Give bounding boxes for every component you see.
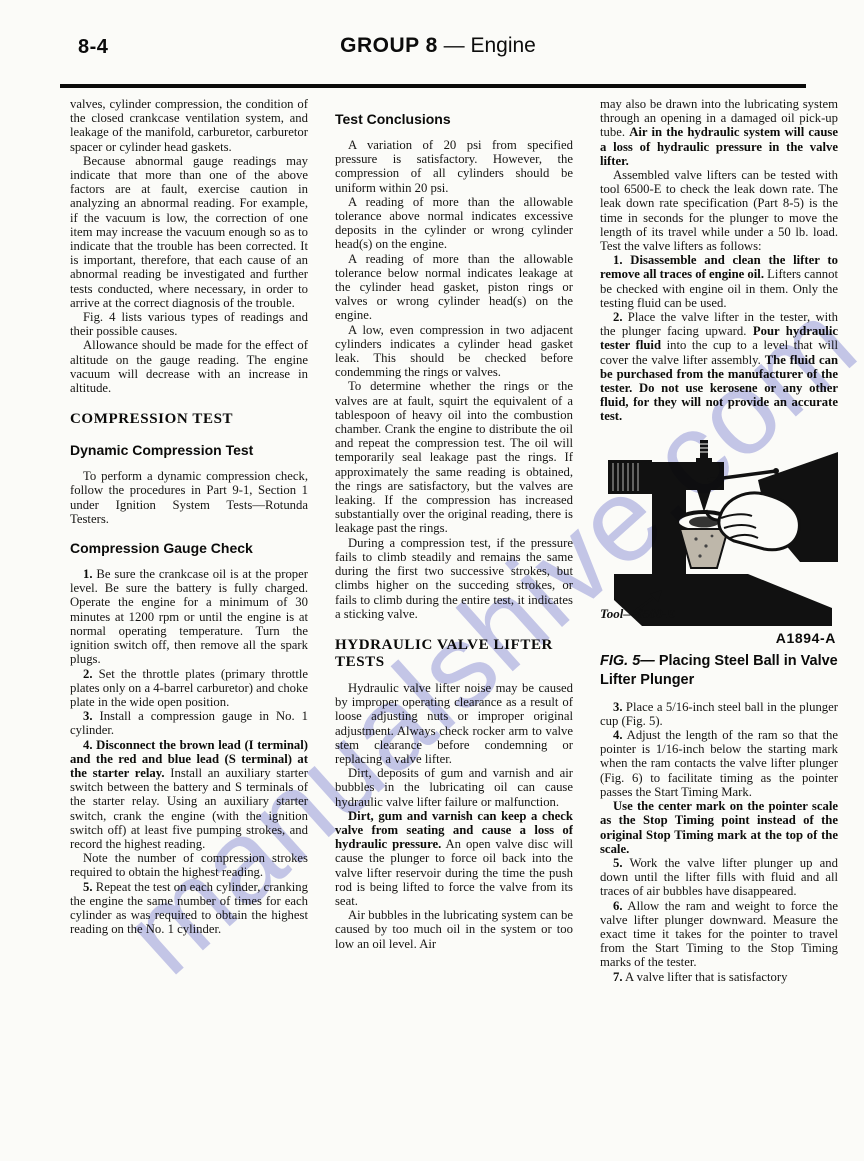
column-2: Test ConclusionsA variation of 20 psi fr… xyxy=(335,97,573,1153)
paragraph: Because abnormal gauge readings may indi… xyxy=(70,154,308,310)
paragraph: 2. Place the valve lifter in the tester,… xyxy=(600,310,838,424)
paragraph: Use the center mark on the pointer scale… xyxy=(600,799,838,856)
figure-5: Tool—6500-E A1894-A xyxy=(600,436,838,646)
paragraph: 5. Work the valve lifter plunger up and … xyxy=(600,856,838,899)
subsection-heading: Compression Gauge Check xyxy=(70,540,308,557)
paragraph: 7. A valve lifter that is satisfactory xyxy=(600,970,838,984)
section-heading: HYDRAULIC VALVE LIFTER TESTS xyxy=(335,637,573,671)
header-divider xyxy=(60,84,806,88)
column-3: may also be drawn into the lubricating s… xyxy=(600,97,838,1153)
page-title: GROUP 8 — Engine xyxy=(70,34,806,58)
tool-label: Tool—6500-E xyxy=(600,606,675,622)
paragraph: 2. Set the throttle plates (primary thro… xyxy=(70,667,308,710)
page-header: 8-4 GROUP 8 — Engine xyxy=(70,30,806,70)
paragraph: To perform a dynamic compression check, … xyxy=(70,469,308,526)
column-1: valves, cylinder compression, the condit… xyxy=(70,97,308,1153)
column-3-top: may also be drawn into the lubricating s… xyxy=(600,97,838,424)
paragraph: Note the number of compression strokes r… xyxy=(70,851,308,879)
paragraph: A low, even compression in two adjacent … xyxy=(335,323,573,380)
paragraph: 3. Place a 5/16-inch steel ball in the p… xyxy=(600,700,838,728)
paragraph: Air bubbles in the lubricating system ca… xyxy=(335,908,573,951)
paragraph: 3. Install a compression gauge in No. 1 … xyxy=(70,709,308,737)
section-heading: COMPRESSION TEST xyxy=(70,411,308,428)
paragraph: During a compression test, if the pressu… xyxy=(335,536,573,621)
column-3-bottom: 3. Place a 5/16-inch steel ball in the p… xyxy=(600,700,838,984)
paragraph: may also be drawn into the lubricating s… xyxy=(600,97,838,168)
paragraph: Dirt, gum and varnish can keep a check v… xyxy=(335,809,573,908)
paragraph: 4. Disconnect the brown lead (I terminal… xyxy=(70,738,308,852)
paragraph: Fig. 4 lists various types of readings a… xyxy=(70,310,308,338)
paragraph: A variation of 20 psi from specified pre… xyxy=(335,138,573,195)
paragraph: To determine whether the rings or the va… xyxy=(335,379,573,535)
paragraph: 1. Disassemble and clean the lifter to r… xyxy=(600,253,838,310)
page-body: valves, cylinder compression, the condit… xyxy=(70,97,838,1153)
figure-caption: FIG. 5— Placing Steel Ball in Valve Lift… xyxy=(600,652,838,690)
paragraph: 5. Repeat the test on each cylinder, cra… xyxy=(70,880,308,937)
paragraph: Dirt, deposits of gum and varnish and ai… xyxy=(335,766,573,809)
paragraph: valves, cylinder compression, the condit… xyxy=(70,97,308,154)
paragraph: Allowance should be made for the effect … xyxy=(70,338,308,395)
paragraph: 1. Be sure the crankcase oil is at the p… xyxy=(70,567,308,666)
figure-caption-prefix: FIG. 5— xyxy=(600,653,659,669)
section-label: — Engine xyxy=(438,34,536,57)
paragraph: 4. Adjust the length of the ram so that … xyxy=(600,728,838,799)
subsection-heading: Dynamic Compression Test xyxy=(70,442,308,459)
subsection-heading: Test Conclusions xyxy=(335,111,573,128)
paragraph: A reading of more than the allowable tol… xyxy=(335,195,573,252)
paragraph: Hydraulic valve lifter noise may be caus… xyxy=(335,681,573,766)
paragraph: 6. Allow the ram and weight to force the… xyxy=(600,899,838,970)
group-label: GROUP 8 xyxy=(340,34,438,57)
paragraph: Assembled valve lifters can be tested wi… xyxy=(600,168,838,253)
paragraph: A reading of more than the allowable tol… xyxy=(335,252,573,323)
figure-code: A1894-A xyxy=(776,630,836,646)
